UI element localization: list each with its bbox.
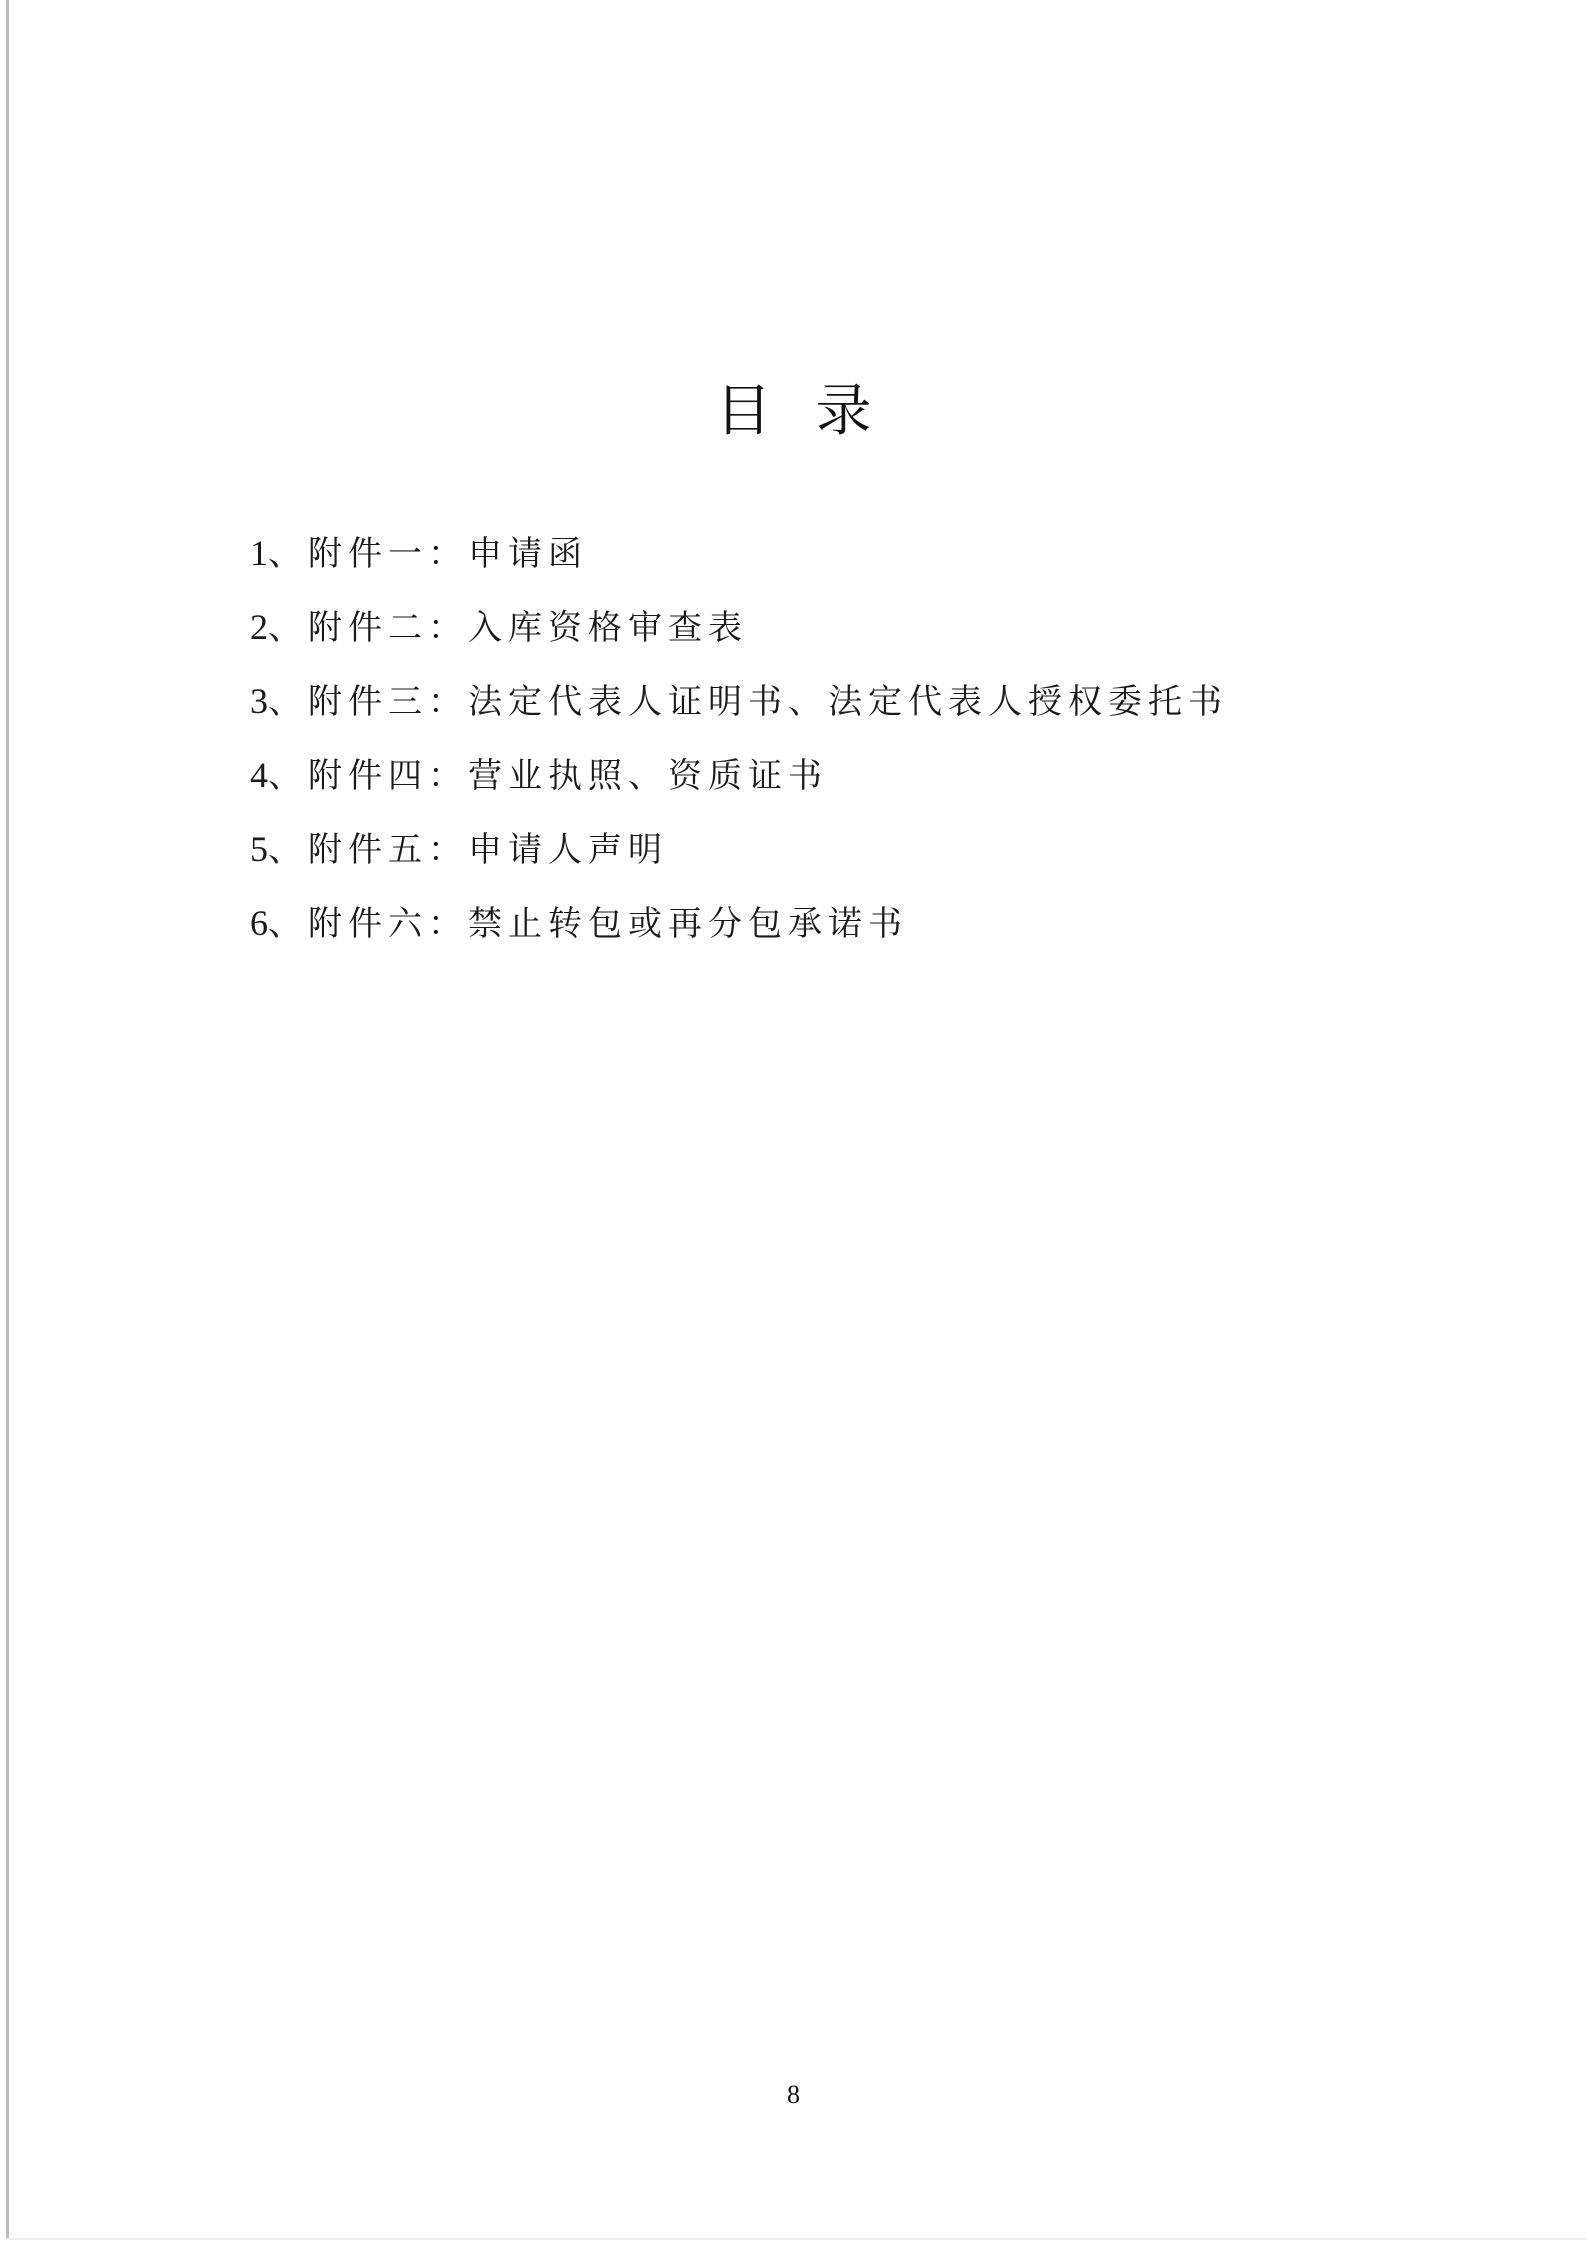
toc-item-separator: 、 [268,682,308,722]
toc-item-separator: 、 [268,534,308,574]
toc-item-number: 4 [250,755,268,795]
page-title: 目录 [0,372,1587,452]
toc-item-number: 6 [250,903,268,943]
toc-item-separator: 、 [268,904,308,944]
toc-item-number: 3 [250,681,268,721]
scan-edge-line [6,0,9,2240]
toc-item-label: 附件五：申请人声明 [308,830,668,870]
toc-item-separator: 、 [268,830,308,870]
toc-item: 4、附件四：营业执照、资质证书 [250,738,1228,812]
toc-item-label: 附件四：营业执照、资质证书 [308,756,828,796]
toc-item: 3、附件三：法定代表人证明书、法定代表人授权委托书 [250,664,1228,738]
toc-item: 5、附件五：申请人声明 [250,812,1228,886]
toc-item-label: 附件六：禁止转包或再分包承诺书 [308,904,908,944]
toc-item-number: 5 [250,829,268,869]
toc-item: 2、附件二：入库资格审查表 [250,590,1228,664]
toc-item-number: 1 [250,533,268,573]
toc-item: 1、附件一：申请函 [250,516,1228,590]
page-number: 8 [0,2080,1587,2110]
toc-item-separator: 、 [268,608,308,648]
toc-item: 6、附件六：禁止转包或再分包承诺书 [250,886,1228,960]
toc-item-label: 附件一：申请函 [308,534,588,574]
toc-item-number: 2 [250,607,268,647]
scan-edge-bottom-line [6,2238,1587,2240]
toc-item-label: 附件三：法定代表人证明书、法定代表人授权委托书 [308,682,1228,722]
toc-item-separator: 、 [268,756,308,796]
toc-item-label: 附件二：入库资格审查表 [308,608,748,648]
table-of-contents: 1、附件一：申请函 2、附件二：入库资格审查表 3、附件三：法定代表人证明书、法… [250,516,1228,960]
